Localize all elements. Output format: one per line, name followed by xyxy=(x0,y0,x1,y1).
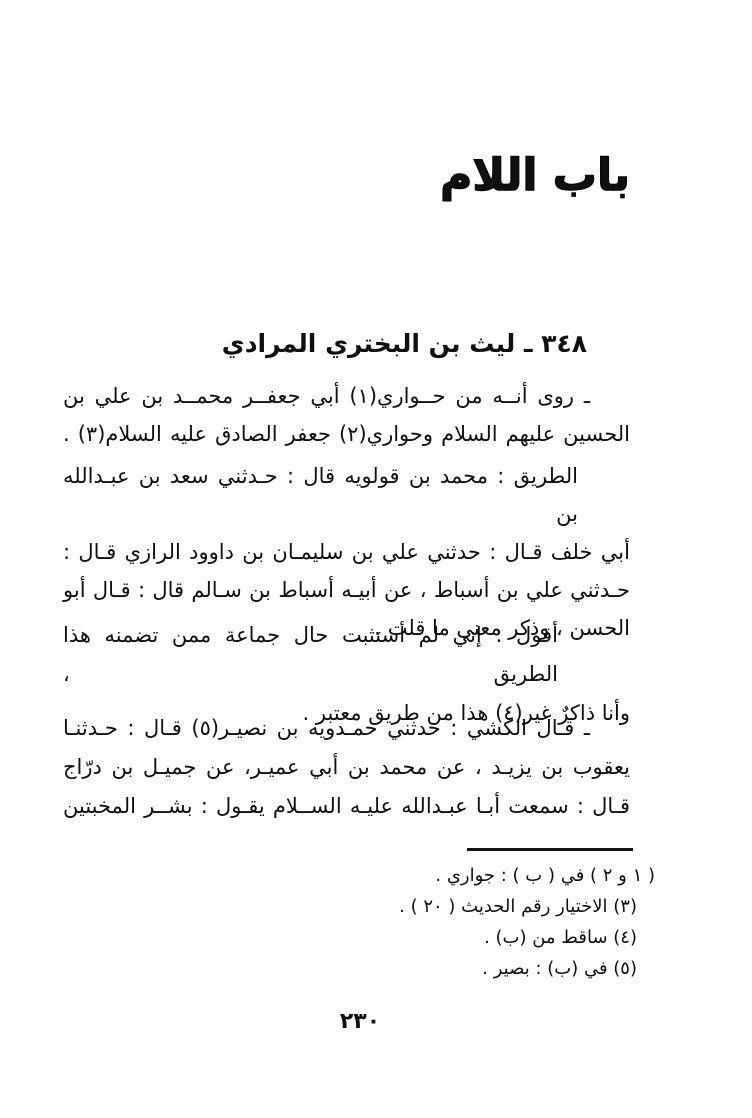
text-line: الطريق : محمد بن قولويه قال : حـدثني سعد… xyxy=(63,457,630,533)
footnote-item: (٣) الاختيار رقم الحديث ( ٢٠ ) . xyxy=(63,891,655,922)
paragraph-kashshi: ـ قـال الكشي : حدثني حمـدويه بن نصيـر(٥)… xyxy=(63,709,630,826)
footnote-item: ( ١ و ٢ ) في ( ب ) : جواري . xyxy=(63,860,655,891)
book-page: باب اللام ٣٤٨ ـ ليث بن البختري المرادي ـ… xyxy=(0,0,752,1118)
footnote-item: (٥) في (ب) : بصير . xyxy=(63,953,655,984)
text-line: ـ قـال الكشي : حدثني حمـدويه بن نصيـر(٥)… xyxy=(63,709,630,748)
text-line: أقول : إني لم أستثبت حال جماعة ممن تضمنه… xyxy=(63,616,630,694)
footnote-item: (٤) ساقط من (ب) . xyxy=(63,922,655,953)
text-line: يعقوب بن يزيـد ، عن محمد بن أبي عميـر، ع… xyxy=(63,748,630,787)
footnotes-block: ( ١ و ٢ ) في ( ب ) : جواري . (٣) الاختيا… xyxy=(63,860,655,984)
paragraph-biography: ـ روى أنــه من حــواري(١) أبي جعفــر محم… xyxy=(63,377,630,453)
chapter-title: باب اللام xyxy=(440,150,630,201)
entry-heading: ٣٤٨ ـ ليث بن البختري المرادي xyxy=(222,329,587,358)
page-number: ٢٣٠ xyxy=(320,1009,400,1034)
text-line: حـدثني علي بن أسباط ، عن أبيـه أسباط بن … xyxy=(63,571,630,609)
text-line: أبي خلف قـال : حدثني علي بن سليمـان بن د… xyxy=(63,533,630,571)
text-line: الحسين عليهم السلام وحواري(٢) جعفر الصاد… xyxy=(63,415,630,453)
text-line: ـ روى أنــه من حــواري(١) أبي جعفــر محم… xyxy=(63,377,630,415)
text-line: قـال : سمعت أبـا عبـدالله عليـه الســلام… xyxy=(63,787,630,826)
footnote-separator xyxy=(467,848,633,851)
